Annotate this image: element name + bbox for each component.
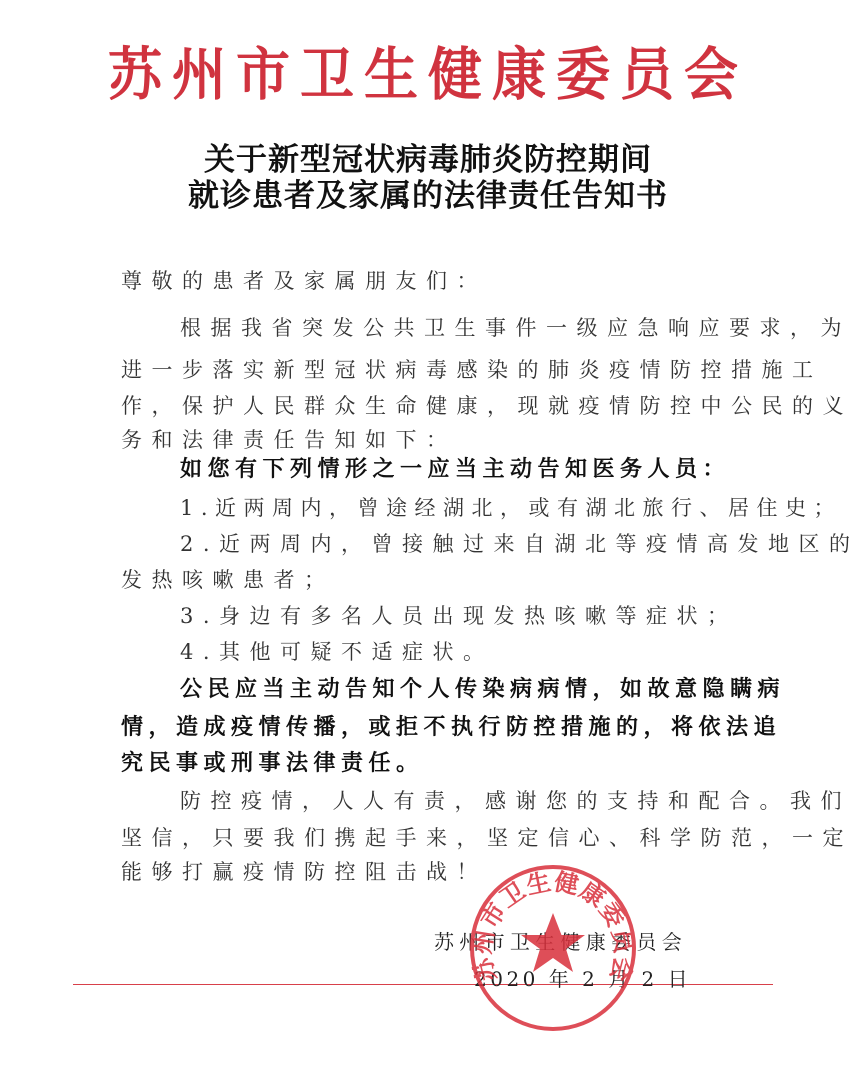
- obligation-item-2: 2.近两周内，曾接触过来自湖北等疫情高发地区的: [180, 529, 790, 559]
- closing-line: 防控疫情，人人有责，感谢您的支持和配合。我们: [180, 786, 790, 816]
- obligation-item-3: 3.身边有多名人员出现发热咳嗽等症状；: [180, 601, 790, 631]
- document-title-line-2: 就诊患者及家属的法律责任告知书: [0, 178, 856, 214]
- closing-line: 能够打赢疫情防控阻击战！: [121, 857, 731, 887]
- legal-warning-line: 究民事或刑事法律责任。: [121, 749, 731, 779]
- intro-line: 作，保护人民群众生命健康，现就疫情防控中公民的义: [121, 391, 731, 421]
- obligation-item-2-continued: 发热咳嗽患者；: [121, 565, 731, 595]
- obligation-heading: 如您有下列情形之一应当主动告知医务人员：: [180, 455, 790, 485]
- intro-line: 进一步落实新型冠状病毒感染的肺炎疫情防控措施工: [121, 355, 731, 385]
- obligation-item-1: 1.近两周内，曾途经湖北，或有湖北旅行、居住史；: [180, 493, 790, 523]
- salutation: 尊敬的患者及家属朋友们：: [121, 266, 731, 296]
- legal-warning-line: 情，造成疫情传播，或拒不执行防控措施的，将依法追: [121, 713, 731, 743]
- masthead-org-name: 苏州市卫生健康委员会: [0, 43, 856, 106]
- signature-org: 苏州市卫生健康委员会: [434, 930, 687, 954]
- closing-line: 坚信，只要我们携起手来，坚定信心、科学防范，一定: [121, 823, 731, 853]
- legal-warning-line: 公民应当主动告知个人传染病病情，如故意隐瞒病: [180, 675, 790, 705]
- intro-line: 根据我省突发公共卫生事件一级应急响应要求，为: [180, 313, 790, 343]
- document-title-line-1: 关于新型冠状病毒肺炎防控期间: [0, 142, 856, 178]
- signature-date: 2020 年 2 月 2 日: [474, 967, 691, 991]
- intro-line: 务和法律责任告知如下：: [121, 425, 731, 455]
- obligation-item-4: 4.其他可疑不适症状。: [180, 637, 790, 667]
- document-page: 苏州市卫生健康委员会 关于新型冠状病毒肺炎防控期间 就诊患者及家属的法律责任告知…: [0, 0, 856, 1086]
